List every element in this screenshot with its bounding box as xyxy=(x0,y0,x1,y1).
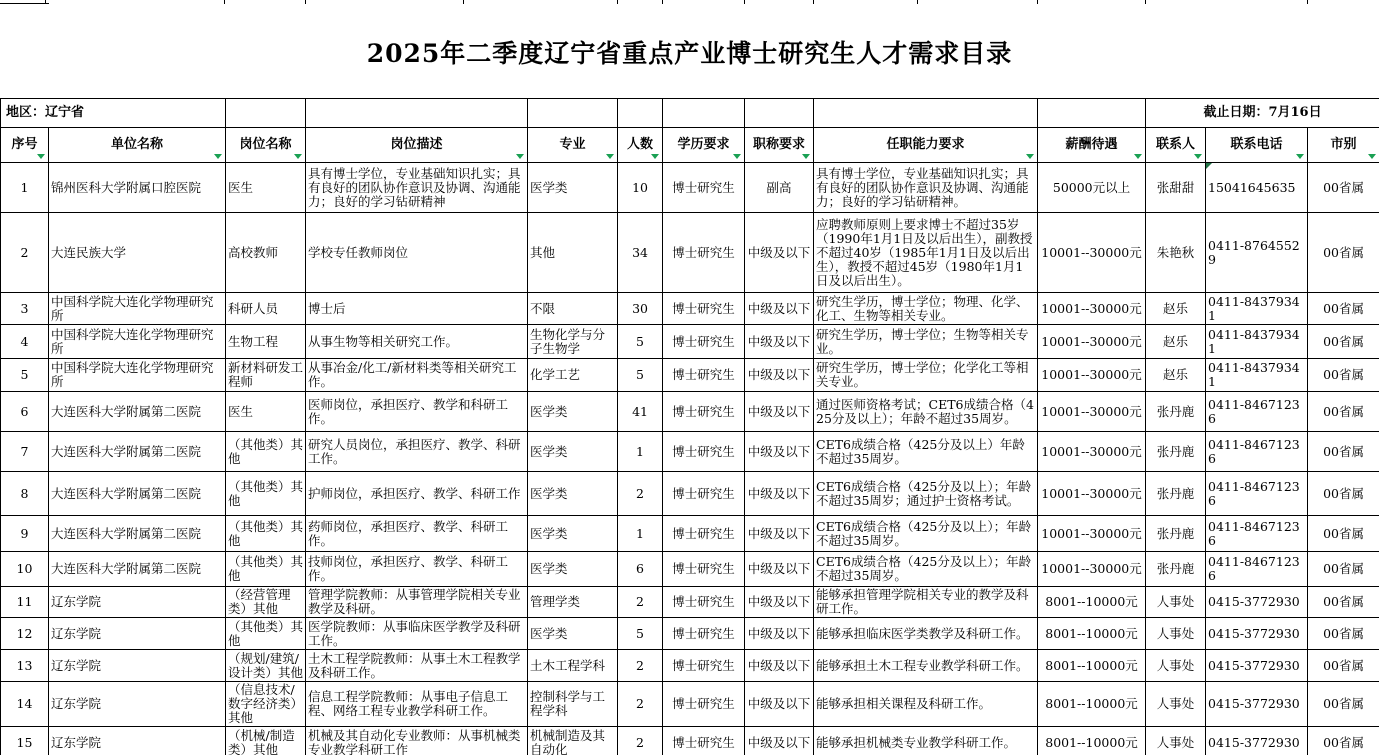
column-header-capability[interactable]: 任职能力要求 xyxy=(814,128,1038,163)
cell-degree[interactable]: 博士研究生 xyxy=(663,682,745,727)
column-header-city[interactable]: 市别 xyxy=(1308,128,1379,163)
cell-degree[interactable]: 博士研究生 xyxy=(663,213,745,293)
column-header-label: 单位名称 xyxy=(111,137,163,152)
cell-no[interactable]: 10 xyxy=(1,552,49,587)
cell-city[interactable]: 00省属 xyxy=(1308,432,1379,472)
cell-city[interactable]: 00省属 xyxy=(1308,587,1379,618)
column-header-major[interactable]: 专业 xyxy=(528,128,618,163)
spreadsheet-view: 2025年二季度辽宁省重点产业博士研究生人才需求目录 地区：辽宁省截止日期：7月… xyxy=(0,0,1379,755)
cell-title_req[interactable]: 中级及以下 xyxy=(745,516,814,552)
cell-contact[interactable]: 张丹鹿 xyxy=(1146,516,1206,552)
column-header-label: 市别 xyxy=(1331,137,1357,152)
cell-no[interactable]: 11 xyxy=(1,587,49,618)
deadline-label-cell[interactable]: 截止日期：7月16日 xyxy=(1146,99,1379,128)
cell-unit[interactable]: 大连民族大学 xyxy=(49,213,226,293)
cell-phone[interactable]: 0415-3772930 xyxy=(1206,618,1308,650)
grid-remnant-line xyxy=(1037,0,1038,4)
cell-major[interactable]: 其他 xyxy=(528,213,618,293)
table-row: 10大连医科大学附属第二医院（其他类）其他技师岗位，承担医疗、教学、科研工作。医… xyxy=(1,552,1379,587)
cell-contact[interactable]: 人事处 xyxy=(1146,682,1206,727)
cell-major[interactable]: 医学类 xyxy=(528,432,618,472)
cell-title_req[interactable]: 副高 xyxy=(745,163,814,213)
column-header-desc[interactable]: 岗位描述 xyxy=(306,128,528,163)
cell-city[interactable]: 00省属 xyxy=(1308,682,1379,727)
cell-desc[interactable]: 博士后 xyxy=(306,293,528,325)
cell-capability[interactable]: 通过医师资格考试；CET6成绩合格（425分及以上）；年龄不超过35周岁。 xyxy=(814,392,1038,432)
region-deadline-row: 地区：辽宁省截止日期：7月16日 xyxy=(1,99,1379,128)
column-header-label: 序号 xyxy=(11,137,37,152)
column-header-label: 人数 xyxy=(627,137,653,152)
cell-title_req[interactable]: 中级及以下 xyxy=(745,552,814,587)
cell-desc[interactable]: 医学院教师：从事临床医学教学及科研工作。 xyxy=(306,618,528,650)
cell-major[interactable]: 控制科学与工程学科 xyxy=(528,682,618,727)
cell-title_req[interactable]: 中级及以下 xyxy=(745,650,814,682)
cell-count[interactable]: 10 xyxy=(618,163,663,213)
column-header-label: 联系电话 xyxy=(1231,137,1283,152)
column-header-label: 薪酬待遇 xyxy=(1066,137,1118,152)
empty-cell[interactable] xyxy=(1038,99,1146,128)
table-row: 15辽东学院（机械/制造类）其他机械及其自动化专业教师：从事机械类专业教学科研工… xyxy=(1,727,1379,755)
cell-contact[interactable]: 朱艳秋 xyxy=(1146,213,1206,293)
cell-desc[interactable]: 管理学院教师：从事管理学院相关专业教学及科研。 xyxy=(306,587,528,618)
cell-count[interactable]: 5 xyxy=(618,325,663,359)
table-row: 12辽东学院（其他类）其他医学院教师：从事临床医学教学及科研工作。医学类5博士研… xyxy=(1,618,1379,650)
cell-capability[interactable]: 能够承担相关课程及科研工作。 xyxy=(814,682,1038,727)
cell-no[interactable]: 14 xyxy=(1,682,49,727)
grid-remnant-line xyxy=(917,0,918,4)
cell-no[interactable]: 15 xyxy=(1,727,49,755)
cell-position[interactable]: 高校教师 xyxy=(226,213,306,293)
grid-remnant-line xyxy=(463,0,464,4)
column-header-label: 任职能力要求 xyxy=(887,137,965,152)
cell-capability[interactable]: 能够承担机械类专业教学科研工作。 xyxy=(814,727,1038,755)
cell-desc[interactable]: 具有博士学位，专业基础知识扎实；具有良好的团队协作意识及协调、沟通能力；良好的学… xyxy=(306,163,528,213)
cell-degree[interactable]: 博士研究生 xyxy=(663,432,745,472)
cell-phone[interactable]: 0415-3772930 xyxy=(1206,682,1308,727)
table-header-row: 序号单位名称岗位名称岗位描述专业人数学历要求职称要求任职能力要求薪酬待遇联系人联… xyxy=(1,128,1379,163)
cell-count[interactable]: 2 xyxy=(618,727,663,755)
cell-major[interactable]: 生物化学与分子生物学 xyxy=(528,325,618,359)
cell-phone[interactable]: 0411-84671236 xyxy=(1206,392,1308,432)
cell-capability[interactable]: CET6成绩合格（425分及以上）；年龄不超过35周岁。 xyxy=(814,552,1038,587)
filter-dropdown-icon[interactable] xyxy=(1296,154,1304,159)
cell-desc[interactable]: 从事生物等相关研究工作。 xyxy=(306,325,528,359)
filter-dropdown-icon[interactable] xyxy=(1368,154,1376,159)
grid-remnant-line xyxy=(45,0,46,4)
cell-capability[interactable]: 能够承担土木工程专业教学科研工作。 xyxy=(814,650,1038,682)
column-header-label: 职称要求 xyxy=(753,137,805,152)
cell-desc[interactable]: 学校专任教师岗位 xyxy=(306,213,528,293)
cell-no[interactable]: 2 xyxy=(1,213,49,293)
cell-position[interactable]: 科研人员 xyxy=(226,293,306,325)
cell-desc[interactable]: 土木工程学院教师：从事土木工程教学及科研工作。 xyxy=(306,650,528,682)
empty-cell[interactable] xyxy=(663,99,745,128)
column-header-phone[interactable]: 联系电话 xyxy=(1206,128,1308,163)
cell-count[interactable]: 5 xyxy=(618,359,663,392)
cell-salary[interactable]: 8001--10000元 xyxy=(1038,682,1146,727)
cell-no[interactable]: 12 xyxy=(1,618,49,650)
cell-degree[interactable]: 博士研究生 xyxy=(663,587,745,618)
cell-no[interactable]: 6 xyxy=(1,392,49,432)
cell-unit[interactable]: 大连医科大学附属第二医院 xyxy=(49,516,226,552)
filter-dropdown-icon[interactable] xyxy=(733,154,741,159)
cell-salary[interactable]: 8001--10000元 xyxy=(1038,618,1146,650)
table-row: 7大连医科大学附属第二医院（其他类）其他研究人员岗位，承担医疗、教学、科研工作。… xyxy=(1,432,1379,472)
cell-major[interactable]: 管理学类 xyxy=(528,587,618,618)
cell-city[interactable]: 00省属 xyxy=(1308,163,1379,213)
cell-title_req[interactable]: 中级及以下 xyxy=(745,325,814,359)
cell-phone[interactable]: 0411-84671236 xyxy=(1206,516,1308,552)
cell-degree[interactable]: 博士研究生 xyxy=(663,618,745,650)
cell-unit[interactable]: 辽东学院 xyxy=(49,587,226,618)
table-row: 11辽东学院（经营管理类）其他管理学院教师：从事管理学院相关专业教学及科研。管理… xyxy=(1,587,1379,618)
empty-cell[interactable] xyxy=(528,99,618,128)
cell-count[interactable]: 30 xyxy=(618,293,663,325)
grid-remnant-line xyxy=(224,0,225,4)
column-header-label: 专业 xyxy=(560,137,586,152)
column-header-count[interactable]: 人数 xyxy=(618,128,663,163)
cell-count[interactable]: 6 xyxy=(618,552,663,587)
cell-city[interactable]: 00省属 xyxy=(1308,392,1379,432)
cell-capability[interactable]: 应聘教师原则上要求博士不超过35岁（1990年1月1日及以后出生），副教授不超过… xyxy=(814,213,1038,293)
cell-capability[interactable]: 能够承担临床医学类教学及科研工作。 xyxy=(814,618,1038,650)
cell-city[interactable]: 00省属 xyxy=(1308,727,1379,755)
cell-unit[interactable]: 大连医科大学附属第二医院 xyxy=(49,432,226,472)
cell-major[interactable]: 不限 xyxy=(528,293,618,325)
cell-unit[interactable]: 中国科学院大连化学物理研究所 xyxy=(49,325,226,359)
cell-major[interactable]: 医学类 xyxy=(528,618,618,650)
cell-no[interactable]: 7 xyxy=(1,432,49,472)
cell-salary[interactable]: 10001--30000元 xyxy=(1038,213,1146,293)
cell-position[interactable]: （机械/制造类）其他 xyxy=(226,727,306,755)
cell-position[interactable]: （经营管理类）其他 xyxy=(226,587,306,618)
cell-salary[interactable]: 50000元以上 xyxy=(1038,163,1146,213)
cell-phone[interactable]: 0415-3772930 xyxy=(1206,727,1308,755)
cell-contact[interactable]: 人事处 xyxy=(1146,727,1206,755)
empty-cell[interactable] xyxy=(306,99,528,128)
region-label-cell[interactable]: 地区：辽宁省 xyxy=(1,99,226,128)
cell-salary[interactable]: 10001--30000元 xyxy=(1038,552,1146,587)
cell-contact[interactable]: 赵乐 xyxy=(1146,325,1206,359)
cell-title_req[interactable]: 中级及以下 xyxy=(745,472,814,516)
cell-position[interactable]: 医生 xyxy=(226,392,306,432)
cell-title_req[interactable]: 中级及以下 xyxy=(745,587,814,618)
cell-position[interactable]: （规划/建筑/设计类）其他 xyxy=(226,650,306,682)
cell-phone[interactable]: 0411-84671236 xyxy=(1206,472,1308,516)
cell-degree[interactable]: 博士研究生 xyxy=(663,325,745,359)
cell-phone[interactable]: 0411-87645529 xyxy=(1206,213,1308,293)
filter-dropdown-icon[interactable] xyxy=(294,154,302,159)
cell-count[interactable]: 1 xyxy=(618,516,663,552)
column-header-title_req[interactable]: 职称要求 xyxy=(745,128,814,163)
table-row: 4中国科学院大连化学物理研究所生物工程从事生物等相关研究工作。生物化学与分子生物… xyxy=(1,325,1379,359)
cell-title_req[interactable]: 中级及以下 xyxy=(745,727,814,755)
cell-salary[interactable]: 10001--30000元 xyxy=(1038,325,1146,359)
cell-count[interactable]: 2 xyxy=(618,472,663,516)
table-row: 13辽东学院（规划/建筑/设计类）其他土木工程学院教师：从事土木工程教学及科研工… xyxy=(1,650,1379,682)
cell-count[interactable]: 2 xyxy=(618,587,663,618)
cell-desc[interactable]: 机械及其自动化专业教师：从事机械类专业教学科研工作 xyxy=(306,727,528,755)
cell-city[interactable]: 00省属 xyxy=(1308,325,1379,359)
column-header-label: 联系人 xyxy=(1156,137,1195,152)
filter-dropdown-icon[interactable] xyxy=(1194,154,1202,159)
cell-unit[interactable]: 大连医科大学附属第二医院 xyxy=(49,392,226,432)
cell-no[interactable]: 13 xyxy=(1,650,49,682)
cell-city[interactable]: 00省属 xyxy=(1308,552,1379,587)
cell-position[interactable]: 医生 xyxy=(226,163,306,213)
cell-phone[interactable]: 0411-84671236 xyxy=(1206,552,1308,587)
grid-remnant-line xyxy=(617,0,618,4)
cell-count[interactable]: 41 xyxy=(618,392,663,432)
cell-phone[interactable]: 15041645635 xyxy=(1206,163,1308,213)
cell-contact[interactable]: 张丹鹿 xyxy=(1146,432,1206,472)
cell-unit[interactable]: 辽东学院 xyxy=(49,682,226,727)
cell-city[interactable]: 00省属 xyxy=(1308,472,1379,516)
column-header-label: 岗位描述 xyxy=(391,137,443,152)
cell-capability[interactable]: CET6成绩合格（425分及以上）；年龄不超过35周岁。 xyxy=(814,516,1038,552)
cell-unit[interactable]: 大连医科大学附属第二医院 xyxy=(49,552,226,587)
cell-salary[interactable]: 10001--30000元 xyxy=(1038,472,1146,516)
filter-dropdown-icon[interactable] xyxy=(1026,154,1034,159)
column-header-contact[interactable]: 联系人 xyxy=(1146,128,1206,163)
filter-dropdown-icon[interactable] xyxy=(651,154,659,159)
cell-title_req[interactable]: 中级及以下 xyxy=(745,293,814,325)
cell-salary[interactable]: 10001--30000元 xyxy=(1038,432,1146,472)
cell-position[interactable]: （其他类）其他 xyxy=(226,472,306,516)
cell-salary[interactable]: 8001--10000元 xyxy=(1038,587,1146,618)
cell-contact[interactable]: 人事处 xyxy=(1146,650,1206,682)
cell-contact[interactable]: 张丹鹿 xyxy=(1146,392,1206,432)
cell-contact[interactable]: 张丹鹿 xyxy=(1146,552,1206,587)
column-header-no[interactable]: 序号 xyxy=(1,128,49,163)
cell-count[interactable]: 5 xyxy=(618,618,663,650)
table-row: 14辽东学院（信息技术/数字经济类）其他信息工程学院教师：从事电子信息工程、网络… xyxy=(1,682,1379,727)
cell-city[interactable]: 00省属 xyxy=(1308,293,1379,325)
grid-remnant-line xyxy=(744,0,745,4)
table-row: 6大连医科大学附属第二医院医生医师岗位，承担医疗、教学和科研工作。医学类41博士… xyxy=(1,392,1379,432)
cell-title_req[interactable]: 中级及以下 xyxy=(745,432,814,472)
cell-city[interactable]: 00省属 xyxy=(1308,213,1379,293)
cell-contact[interactable]: 张丹鹿 xyxy=(1146,472,1206,516)
cell-capability[interactable]: CET6成绩合格（425分及以上）；年龄不超过35周岁；通过护士资格考试。 xyxy=(814,472,1038,516)
cell-desc[interactable]: 医师岗位，承担医疗、教学和科研工作。 xyxy=(306,392,528,432)
cell-desc[interactable]: 护师岗位，承担医疗、教学、科研工作 xyxy=(306,472,528,516)
cell-no[interactable]: 5 xyxy=(1,359,49,392)
table-row: 2大连民族大学高校教师学校专任教师岗位其他34博士研究生中级及以下应聘教师原则上… xyxy=(1,213,1379,293)
cell-count[interactable]: 34 xyxy=(618,213,663,293)
cell-position[interactable]: 新材料研发工程师 xyxy=(226,359,306,392)
cell-position[interactable]: （其他类）其他 xyxy=(226,516,306,552)
column-header-position[interactable]: 岗位名称 xyxy=(226,128,306,163)
cell-contact[interactable]: 人事处 xyxy=(1146,618,1206,650)
cell-no[interactable]: 4 xyxy=(1,325,49,359)
cell-desc[interactable]: 从事冶金/化工/新材料类等相关研究工作。 xyxy=(306,359,528,392)
cell-major[interactable]: 医学类 xyxy=(528,516,618,552)
cell-degree[interactable]: 博士研究生 xyxy=(663,650,745,682)
cell-position[interactable]: 生物工程 xyxy=(226,325,306,359)
cell-position[interactable]: （其他类）其他 xyxy=(226,552,306,587)
cell-capability[interactable]: 研究生学历，博士学位；化学化工等相关专业。 xyxy=(814,359,1038,392)
empty-cell[interactable] xyxy=(618,99,663,128)
grid-remnant-line xyxy=(813,0,814,4)
cell-phone[interactable]: 0411-84379341 xyxy=(1206,293,1308,325)
text-format-flag-icon xyxy=(1206,163,1212,169)
cell-desc[interactable]: 研究人员岗位，承担医疗、教学、科研工作。 xyxy=(306,432,528,472)
cell-degree[interactable]: 博士研究生 xyxy=(663,163,745,213)
cell-capability[interactable]: 研究生学历，博士学位；生物等相关专业。 xyxy=(814,325,1038,359)
table-row: 9大连医科大学附属第二医院（其他类）其他药师岗位，承担医疗、教学、科研工作。医学… xyxy=(1,516,1379,552)
empty-cell[interactable] xyxy=(814,99,1038,128)
filter-dropdown-icon[interactable] xyxy=(37,154,45,159)
column-header-degree[interactable]: 学历要求 xyxy=(663,128,745,163)
filter-dropdown-icon[interactable] xyxy=(1134,154,1142,159)
cell-count[interactable]: 2 xyxy=(618,682,663,727)
cell-title_req[interactable]: 中级及以下 xyxy=(745,213,814,293)
cell-salary[interactable]: 10001--30000元 xyxy=(1038,359,1146,392)
cell-desc[interactable]: 信息工程学院教师：从事电子信息工程、网络工程专业教学科研工作。 xyxy=(306,682,528,727)
cell-phone[interactable]: 0415-3772930 xyxy=(1206,587,1308,618)
grid-remnant-line xyxy=(662,0,663,4)
cell-major[interactable]: 医学类 xyxy=(528,552,618,587)
cell-position[interactable]: （其他类）其他 xyxy=(226,618,306,650)
grid-remnant-line xyxy=(1145,0,1146,4)
cell-degree[interactable]: 博士研究生 xyxy=(663,472,745,516)
cell-salary[interactable]: 8001--10000元 xyxy=(1038,650,1146,682)
cell-degree[interactable]: 博士研究生 xyxy=(663,359,745,392)
filter-dropdown-icon[interactable] xyxy=(802,154,810,159)
demand-table: 地区：辽宁省截止日期：7月16日序号单位名称岗位名称岗位描述专业人数学历要求职称… xyxy=(0,98,1379,755)
cell-phone[interactable]: 0415-3772930 xyxy=(1206,650,1308,682)
cell-major[interactable]: 机械制造及其自动化 xyxy=(528,727,618,755)
cell-title_req[interactable]: 中级及以下 xyxy=(745,618,814,650)
cell-degree[interactable]: 博士研究生 xyxy=(663,392,745,432)
cell-phone[interactable]: 0411-84379341 xyxy=(1206,359,1308,392)
sheet-title-cell[interactable]: 2025年二季度辽宁省重点产业博士研究生人才需求目录 xyxy=(0,34,1379,70)
filter-dropdown-icon[interactable] xyxy=(606,154,614,159)
column-header-label: 岗位名称 xyxy=(240,137,292,152)
column-header-unit[interactable]: 单位名称 xyxy=(49,128,226,163)
cell-no[interactable]: 3 xyxy=(1,293,49,325)
cell-salary[interactable]: 10001--30000元 xyxy=(1038,516,1146,552)
cell-desc[interactable]: 技师岗位，承担医疗、教学、科研工作。 xyxy=(306,552,528,587)
cell-no[interactable]: 1 xyxy=(1,163,49,213)
table-row: 3中国科学院大连化学物理研究所科研人员博士后不限30博士研究生中级及以下研究生学… xyxy=(1,293,1379,325)
cell-major[interactable]: 医学类 xyxy=(528,163,618,213)
cell-salary[interactable]: 10001--30000元 xyxy=(1038,392,1146,432)
table-row: 5中国科学院大连化学物理研究所新材料研发工程师从事冶金/化工/新材料类等相关研究… xyxy=(1,359,1379,392)
cell-title_req[interactable]: 中级及以下 xyxy=(745,392,814,432)
cell-count[interactable]: 2 xyxy=(618,650,663,682)
cell-city[interactable]: 00省属 xyxy=(1308,650,1379,682)
cell-unit[interactable]: 辽东学院 xyxy=(49,650,226,682)
cell-unit[interactable]: 大连医科大学附属第二医院 xyxy=(49,472,226,516)
cell-capability[interactable]: 研究生学历，博士学位；物理、化学、化工、生物等相关专业。 xyxy=(814,293,1038,325)
table-row: 8大连医科大学附属第二医院（其他类）其他护师岗位，承担医疗、教学、科研工作医学类… xyxy=(1,472,1379,516)
cell-contact[interactable]: 人事处 xyxy=(1146,587,1206,618)
cell-major[interactable]: 化学工艺 xyxy=(528,359,618,392)
column-header-salary[interactable]: 薪酬待遇 xyxy=(1038,128,1146,163)
cell-major[interactable]: 医学类 xyxy=(528,392,618,432)
grid-remnant-line xyxy=(305,0,306,4)
cell-capability[interactable]: CET6成绩合格（425分及以上）年龄不超过35周岁。 xyxy=(814,432,1038,472)
cell-capability[interactable]: 具有博士学位，专业基础知识扎实；具有良好的团队协作意识及协调、沟通能力；良好的学… xyxy=(814,163,1038,213)
cell-unit[interactable]: 中国科学院大连化学物理研究所 xyxy=(49,293,226,325)
cell-contact[interactable]: 赵乐 xyxy=(1146,359,1206,392)
cell-degree[interactable]: 博士研究生 xyxy=(663,293,745,325)
cell-phone[interactable]: 0411-84379341 xyxy=(1206,325,1308,359)
cell-contact[interactable]: 张甜甜 xyxy=(1146,163,1206,213)
cell-count[interactable]: 1 xyxy=(618,432,663,472)
filter-dropdown-icon[interactable] xyxy=(214,154,222,159)
cell-title_req[interactable]: 中级及以下 xyxy=(745,682,814,727)
filter-dropdown-icon[interactable] xyxy=(516,154,524,159)
cell-unit[interactable]: 辽东学院 xyxy=(49,727,226,755)
cell-position[interactable]: （信息技术/数字经济类）其他 xyxy=(226,682,306,727)
grid-remnant-line xyxy=(0,3,49,4)
cell-degree[interactable]: 博士研究生 xyxy=(663,516,745,552)
cell-salary[interactable]: 8001--10000元 xyxy=(1038,727,1146,755)
cell-city[interactable]: 00省属 xyxy=(1308,618,1379,650)
cell-no[interactable]: 8 xyxy=(1,472,49,516)
cell-capability[interactable]: 能够承担管理学院相关专业的教学及科研工作。 xyxy=(814,587,1038,618)
cell-salary[interactable]: 10001--30000元 xyxy=(1038,293,1146,325)
cell-major[interactable]: 土木工程学科 xyxy=(528,650,618,682)
grid-remnant-line xyxy=(1307,0,1308,4)
cell-desc[interactable]: 药师岗位，承担医疗、教学、科研工作。 xyxy=(306,516,528,552)
cell-unit[interactable]: 锦州医科大学附属口腔医院 xyxy=(49,163,226,213)
cell-position[interactable]: （其他类）其他 xyxy=(226,432,306,472)
cell-city[interactable]: 00省属 xyxy=(1308,359,1379,392)
cell-degree[interactable]: 博士研究生 xyxy=(663,552,745,587)
cell-title_req[interactable]: 中级及以下 xyxy=(745,359,814,392)
cell-contact[interactable]: 赵乐 xyxy=(1146,293,1206,325)
cell-major[interactable]: 医学类 xyxy=(528,472,618,516)
cell-no[interactable]: 9 xyxy=(1,516,49,552)
cell-phone[interactable]: 0411-84671236 xyxy=(1206,432,1308,472)
cell-unit[interactable]: 辽东学院 xyxy=(49,618,226,650)
cell-degree[interactable]: 博士研究生 xyxy=(663,727,745,755)
empty-cell[interactable] xyxy=(226,99,306,128)
cell-unit[interactable]: 中国科学院大连化学物理研究所 xyxy=(49,359,226,392)
table-row: 1锦州医科大学附属口腔医院医生具有博士学位，专业基础知识扎实；具有良好的团队协作… xyxy=(1,163,1379,213)
column-header-label: 学历要求 xyxy=(678,137,730,152)
empty-cell[interactable] xyxy=(745,99,814,128)
cell-city[interactable]: 00省属 xyxy=(1308,516,1379,552)
